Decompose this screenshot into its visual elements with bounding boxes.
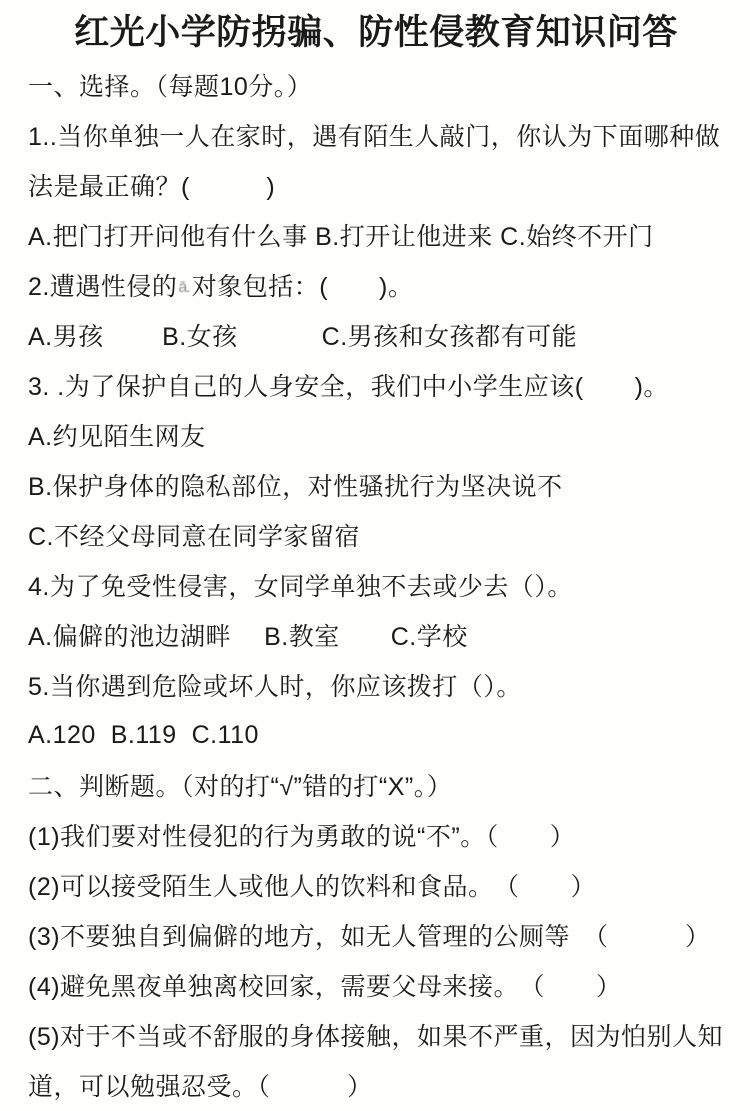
- question-2-text-pre: 2.遭遇性侵的: [28, 267, 177, 303]
- section-choice-heading: 一、选择。（每题10分。）: [28, 60, 724, 110]
- question-5-line: 5.当你遇到危险或坏人时，你应该拨打（）。: [28, 660, 724, 710]
- question-1-options: A.把门打开问他有什么事 B.打开让他进来 C.始终不开门: [28, 210, 724, 260]
- judgment-item-5-line-1: (5)对于不当或不舒服的身体接触，如果不严重，因为怕别人知: [28, 1010, 724, 1060]
- question-2-text-post: 对象包括：( )。: [192, 267, 414, 303]
- question-2-smudge-mark: ā.: [178, 279, 189, 297]
- question-3-option-a: A.约见陌生网友: [28, 410, 724, 460]
- question-3-option-c: C.不经父母同意在同学家留宿: [28, 510, 724, 560]
- question-4-line: 4.为了免受性侵害，女同学单独不去或少去（）。: [28, 560, 724, 610]
- question-2-options: A.男孩 B.女孩 C.男孩和女孩都有可能: [28, 310, 724, 360]
- judgment-item-2: (2)可以接受陌生人或他人的饮料和食品。 （ ）: [28, 860, 724, 910]
- question-4-options: A.偏僻的池边湖畔 B.教室 C.学校: [28, 610, 724, 660]
- quiz-document-page: 红光小学防拐骗、防性侵教育知识问答 一、选择。（每题10分。） 1..当你单独一…: [0, 0, 750, 1111]
- judgment-item-4: (4)避免黑夜单独离校回家，需要父母来接。 （ ）: [28, 960, 724, 1010]
- question-3-line: 3. .为了保护自己的人身安全，我们中小学生应该( )。: [28, 360, 724, 410]
- question-1-line-2: 法是最正确？( ): [28, 160, 724, 210]
- section-judgment-heading: 二、判断题。（对的打“√”错的打“X”。）: [28, 760, 724, 810]
- judgment-item-3: (3)不要独自到偏僻的地方，如无人管理的公厕等 （ ）: [28, 910, 724, 960]
- section-judgment: 二、判断题。（对的打“√”错的打“X”。） (1)我们要对性侵犯的行为勇敢的说“…: [28, 760, 724, 1110]
- question-3-option-b: B.保护身体的隐私部位，对性骚扰行为坚决说不: [28, 460, 724, 510]
- question-1-line-1: 1..当你单独一人在家时，遇有陌生人敲门，你认为下面哪种做: [28, 110, 724, 160]
- document-title: 红光小学防拐骗、防性侵教育知识问答: [28, 8, 724, 58]
- judgment-item-1: (1)我们要对性侵犯的行为勇敢的说“不”。（ ）: [28, 810, 724, 860]
- question-2-line: 2.遭遇性侵的 ā. 对象包括：( )。: [28, 260, 724, 310]
- section-choice: 一、选择。（每题10分。） 1..当你单独一人在家时，遇有陌生人敲门，你认为下面…: [28, 60, 724, 760]
- question-5-options: A.120 B.119 C.110: [28, 710, 724, 760]
- judgment-item-5-line-2: 道，可以勉强忍受。（ ）: [28, 1060, 724, 1110]
